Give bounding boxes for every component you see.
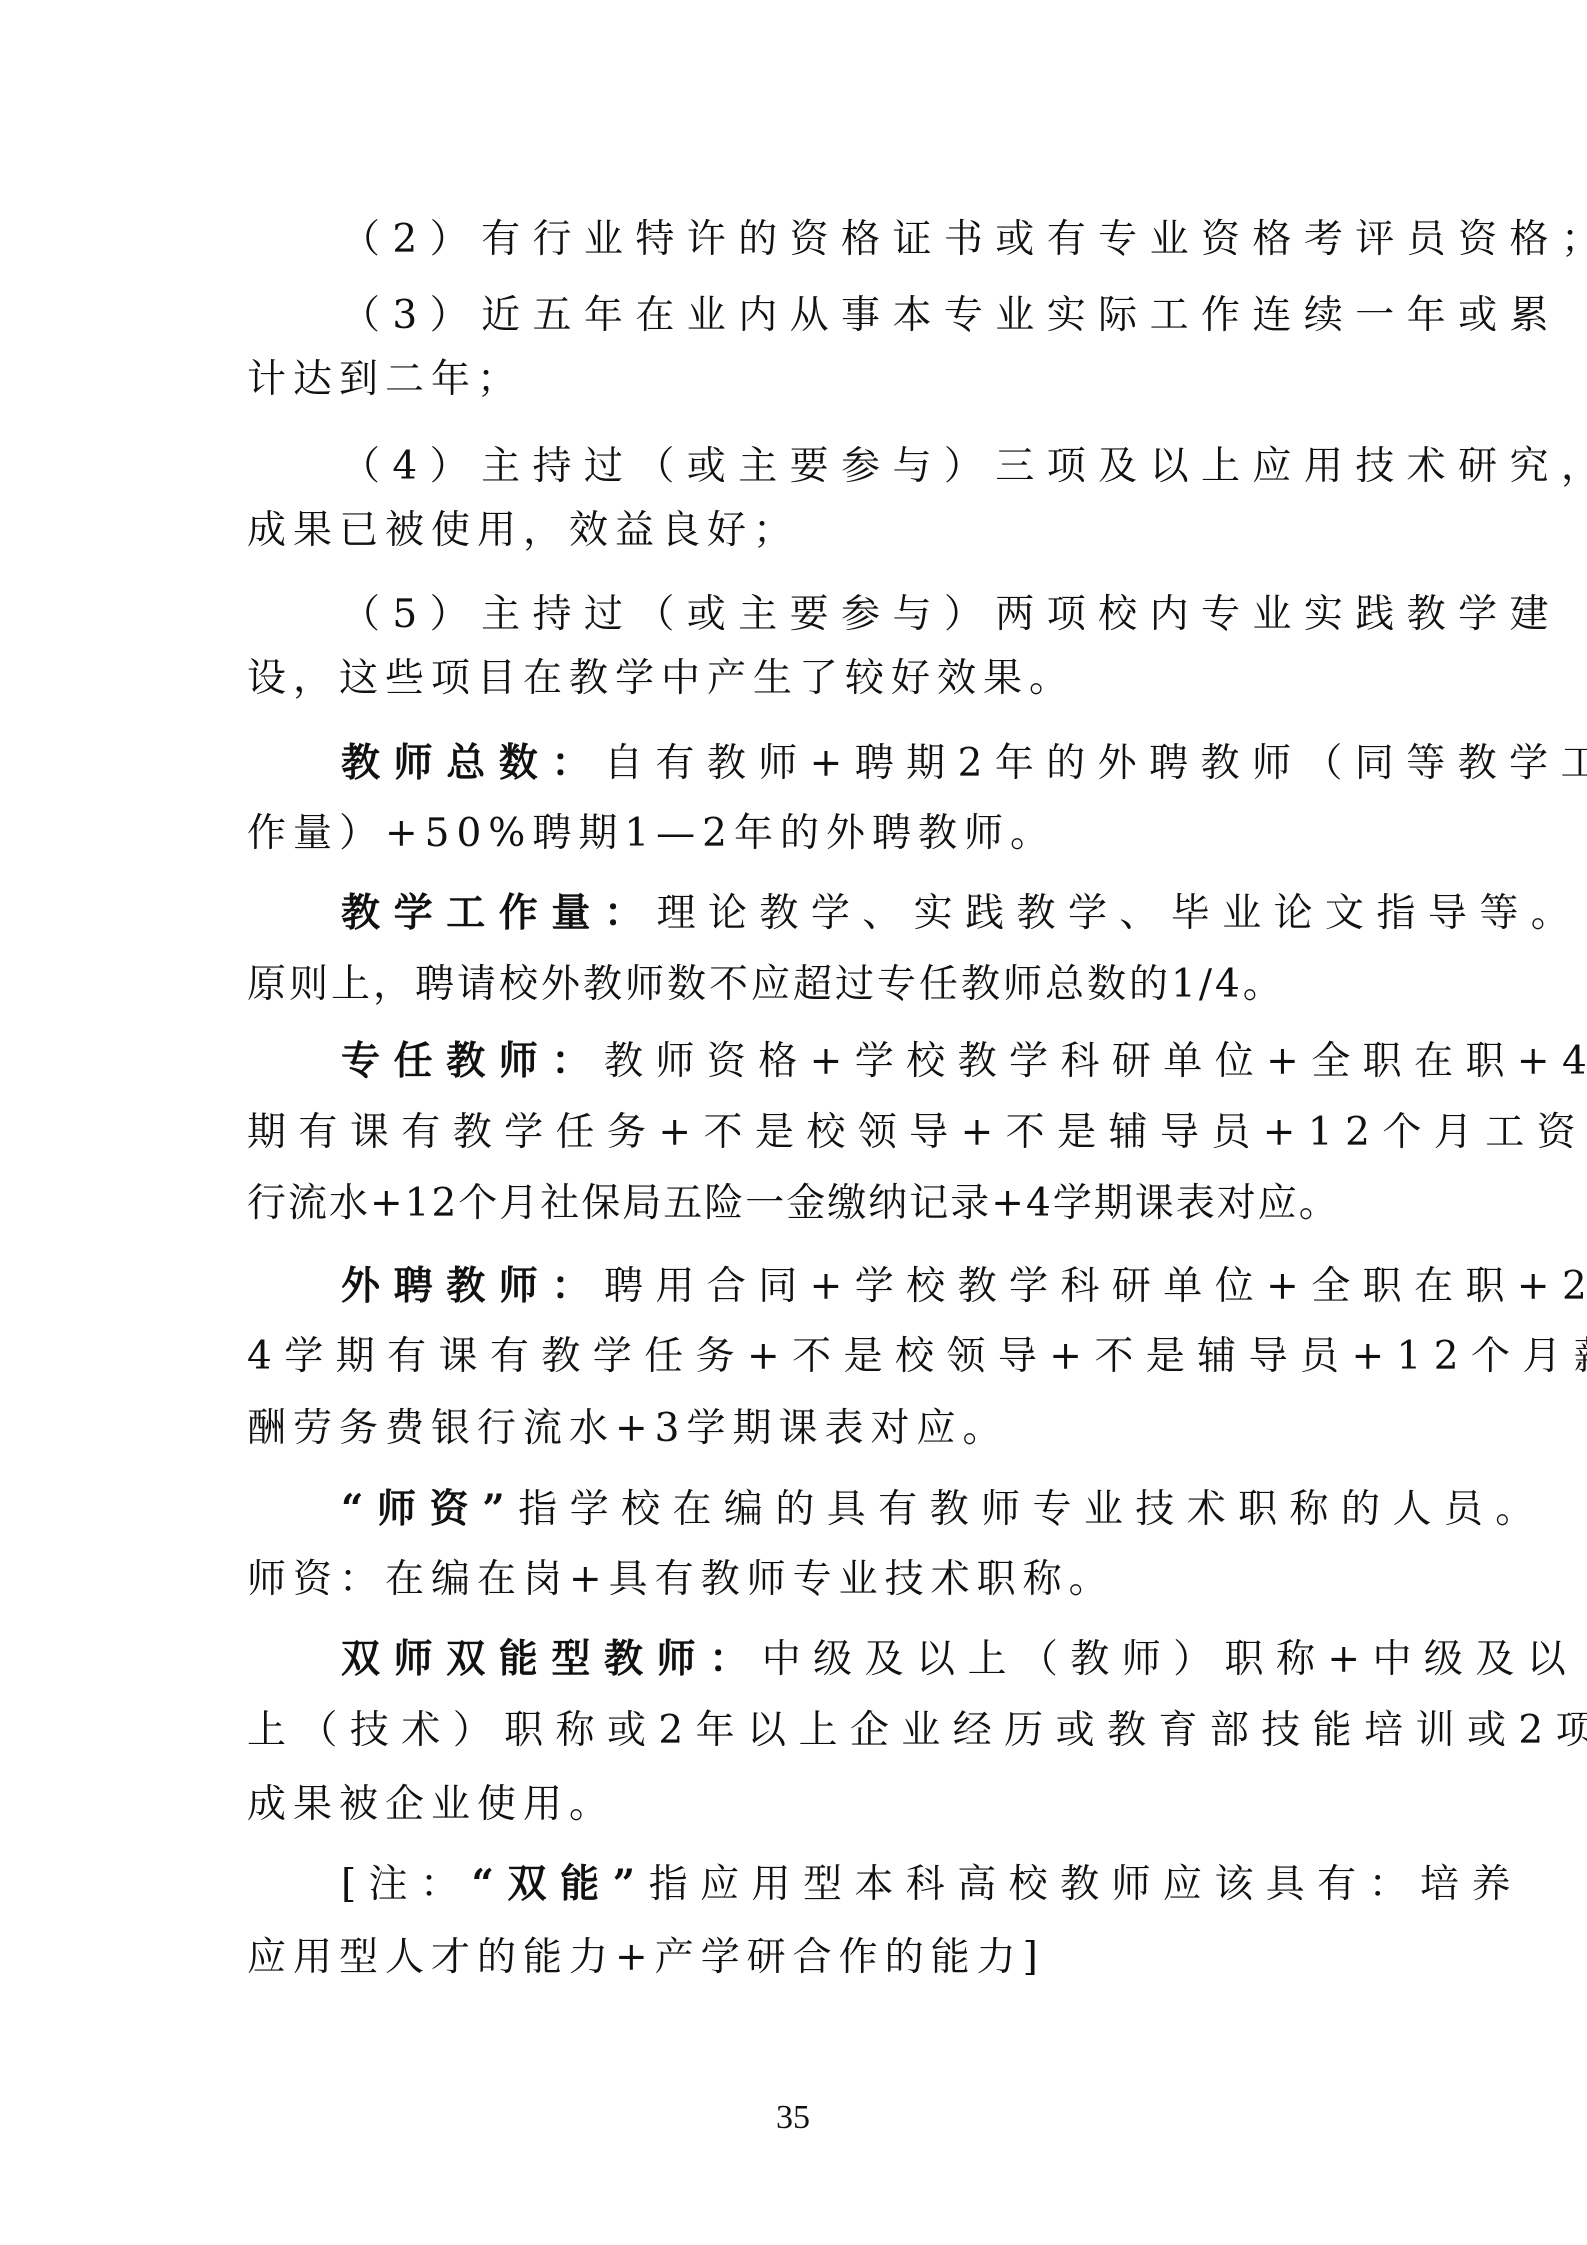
glyph: 或	[687, 592, 726, 637]
glyph: 连	[1252, 293, 1291, 338]
glyph: 用	[752, 1862, 791, 1907]
glyph: 术	[401, 1708, 440, 1753]
glyph: 年	[1407, 293, 1446, 338]
fulltime-teachers-text: 教 师 资 格 + 学 校 教 学 科 研 单 位 + 全 职 在 职 + 4 …	[604, 1039, 1587, 1084]
glyph: 期	[247, 1110, 286, 1155]
glyph: 领	[946, 1334, 985, 1379]
glyph: 能	[560, 1861, 599, 1907]
glyph: （	[341, 444, 380, 489]
glyph: 外	[341, 1263, 380, 1309]
glyph: 专	[944, 293, 983, 338]
glyph: 工	[1560, 741, 1587, 786]
faculty-definition-line-1: “ 师 资 ” 指 学 校 在 编 的 具 有 教 师 专 业 技 术 职 称 …	[341, 1481, 1338, 1537]
external-teachers-line-1: 外 聘 教 师 ： 聘 用 合 同 + 学 校 教 学 科 研 单 位 + 全 …	[341, 1258, 1338, 1314]
glyph: 研	[1458, 444, 1497, 489]
glyph: 的	[738, 217, 777, 262]
glyph: 不	[792, 1334, 831, 1379]
glyph: 称	[1276, 1637, 1315, 1682]
glyph: 主	[481, 444, 520, 489]
item-2-line-1: （ 2 ） 有 行 业 特 许 的 资 格 证 书 或 有 专 业 资 格 考 …	[341, 212, 1338, 268]
dual-qualified-text: 中 级 及 以 上 （ 教 师 ） 职 称 + 中 级 及 以	[762, 1637, 1566, 1682]
glyph: 专	[1032, 1487, 1071, 1532]
glyph: 校	[1009, 1862, 1048, 1907]
glyph: 工	[446, 890, 485, 936]
glyph: ）	[430, 592, 469, 637]
glyph: 3	[392, 293, 417, 338]
glyph: 4	[247, 1334, 272, 1379]
glyph: 职	[1363, 1264, 1402, 1309]
glyph: 资	[1537, 1110, 1576, 1155]
glyph: 主	[738, 444, 777, 489]
glyph: 导	[909, 1110, 948, 1155]
glyph: 薪	[1574, 1334, 1587, 1379]
glyph: 一	[1355, 293, 1394, 338]
glyph: 论	[708, 891, 747, 936]
glyph: 或	[607, 1708, 646, 1753]
dual-qualified-text-cont-1: 上 （ 技 术 ） 职 称 或 2 年 以 上 企 业 经 历 或 教 育 部 …	[247, 1708, 1587, 1753]
glyph: 聘	[394, 1263, 433, 1309]
glyph: 聘	[855, 741, 894, 786]
glyph: 员	[1444, 1487, 1483, 1532]
glyph: 期	[336, 1334, 375, 1379]
glyph: 职	[1225, 1637, 1264, 1682]
glyph: +	[1327, 1637, 1360, 1682]
glyph: 教	[1060, 1862, 1099, 1907]
glyph: 养	[1471, 1862, 1510, 1907]
glyph: 或	[1467, 1708, 1506, 1753]
glyph: 。	[1531, 891, 1570, 936]
glyph: 特	[635, 217, 674, 262]
glyph: 的	[1046, 741, 1085, 786]
glyph: 资	[430, 1486, 469, 1532]
glyph: 1	[1308, 1110, 1333, 1155]
teaching-workload-heading: 教 学 工 作 量 ：	[341, 890, 657, 936]
glyph: 应	[1163, 1862, 1202, 1907]
glyph: 指	[649, 1862, 688, 1907]
glyph: 全	[1311, 1039, 1350, 1084]
glyph: 型	[551, 1636, 590, 1682]
glyph: 师	[394, 1636, 433, 1682]
glyph: ；	[1561, 217, 1587, 262]
glyph: 是	[755, 1110, 794, 1155]
total-teachers-heading: 教 师 总 数 ：	[341, 740, 604, 786]
item-3-line-1: （ 3 ） 近 五 年 在 业 内 从 事 本 专 业 实 际 工 作 连 续 …	[341, 288, 1338, 344]
glyph: 主	[481, 592, 520, 637]
external-teachers-heading: 外 聘 教 师 ：	[341, 1263, 604, 1309]
glyph: 教	[341, 740, 380, 786]
glyph: +	[1266, 1264, 1299, 1309]
glyph: 教	[604, 1636, 643, 1682]
glyph: ：	[551, 1263, 590, 1309]
glyph: 导	[1160, 1110, 1199, 1155]
glyph: 文	[1325, 891, 1364, 936]
glyph: 本	[854, 1862, 893, 1907]
glyph: 建	[1510, 592, 1549, 637]
glyph: +	[1517, 1264, 1550, 1309]
glyph: 教	[1107, 1708, 1146, 1753]
glyph: 不	[1006, 1110, 1045, 1155]
glyph: 全	[1311, 1264, 1350, 1309]
glyph: 训	[1416, 1708, 1455, 1753]
glyph: 经	[953, 1708, 992, 1753]
glyph: 级	[813, 1637, 852, 1682]
glyph: 月	[1434, 1110, 1473, 1155]
glyph: 外	[1098, 741, 1137, 786]
glyph: 培	[1420, 1862, 1459, 1907]
glyph: 资	[1458, 217, 1497, 262]
glyph: 课	[439, 1334, 478, 1379]
glyph: 职	[1465, 1039, 1504, 1084]
page-number: 35	[743, 2096, 843, 2140]
glyph: 师	[657, 1636, 696, 1682]
glyph: 事	[841, 293, 880, 338]
glyph: 专	[1201, 592, 1240, 637]
dual-qualified-line-1: 双 师 双 能 型 教 师 ： 中 级 及 以 上 （ 教 师 ） 职 称 + …	[341, 1631, 1338, 1687]
glyph: 能	[1313, 1708, 1352, 1753]
item-4-line-2: 成果已被使用，效益良好；	[247, 503, 1338, 559]
glyph: 师	[758, 741, 797, 786]
note-term: “ 双 能 ”	[471, 1861, 648, 1907]
glyph: 教	[958, 1039, 997, 1084]
glyph: “	[471, 1861, 493, 1907]
glyph: ：	[709, 1636, 748, 1682]
dual-qualified-heading: 双 师 双 能 型 教 师 ：	[341, 1636, 762, 1682]
glyph: 上	[798, 1708, 837, 1753]
glyph: +	[810, 741, 843, 786]
glyph: 员	[1211, 1110, 1250, 1155]
glyph: 5	[392, 592, 417, 637]
glyph: 任	[644, 1334, 683, 1379]
teaching-workload-line-1: 教 学 工 作 量 ： 理 论 教 学 、 实 践 教 学 、 毕 业 论 文 …	[341, 885, 1338, 941]
glyph: 业	[901, 1708, 940, 1753]
glyph: 教	[446, 1263, 485, 1309]
glyph: 以	[1150, 444, 1189, 489]
glyph: 指	[518, 1487, 557, 1532]
glyph: 的	[775, 1487, 814, 1532]
glyph: 持	[533, 444, 572, 489]
glyph: 学	[1009, 1039, 1048, 1084]
glyph: ：	[420, 1862, 459, 1907]
glyph: 作	[1201, 293, 1240, 338]
glyph: 实	[1047, 293, 1086, 338]
glyph: 部	[1210, 1708, 1249, 1753]
glyph: 指	[1376, 891, 1415, 936]
glyph: “	[341, 1486, 363, 1532]
glyph: 师	[499, 1263, 538, 1309]
glyph: 评	[1355, 217, 1394, 262]
glyph: 等	[1406, 741, 1445, 786]
glyph: 技	[350, 1708, 389, 1753]
glyph: ）	[430, 217, 469, 262]
external-teachers-text: 聘 用 合 同 + 学 校 教 学 科 研 单 位 + 全 职 在 职 + 2 …	[604, 1264, 1587, 1309]
glyph: 学	[1009, 1264, 1048, 1309]
faculty-definition-text: 指 学 校 在 编 的 具 有 教 师 专 业 技 术 职 称 的 人 员 。	[518, 1487, 1534, 1532]
glyph: 辅	[1197, 1334, 1236, 1379]
glyph: 职	[1465, 1264, 1504, 1309]
glyph: 聘	[1149, 741, 1188, 786]
glyph: 育	[1158, 1708, 1197, 1753]
glyph: 上	[967, 1637, 1006, 1682]
glyph: 领	[858, 1110, 897, 1155]
glyph: 学	[504, 1110, 543, 1155]
glyph: 师	[394, 740, 433, 786]
glyph: 技	[1355, 444, 1394, 489]
glyph: 年	[584, 293, 623, 338]
glyph: ）	[453, 1708, 492, 1753]
glyph: 业	[1222, 891, 1261, 936]
glyph: 中	[1372, 1637, 1411, 1682]
glyph: 术	[1187, 1487, 1226, 1532]
glyph: （	[298, 1708, 337, 1753]
glyph: 2	[392, 217, 417, 262]
glyph: 格	[841, 217, 880, 262]
total-teachers-line-1: 教 师 总 数 ： 自 有 教 师 + 聘 期 2 年 的 外 聘 教 师 （ …	[341, 735, 1338, 791]
glyph: 项	[1556, 1708, 1587, 1753]
item-4-text: （ 4 ） 主 持 过 （ 或 主 要 参 与 ） 三 项 及 以 上 应 用 …	[341, 444, 1587, 489]
glyph: 参	[841, 592, 880, 637]
glyph: 工	[1150, 293, 1189, 338]
glyph: （	[341, 293, 380, 338]
glyph: 教	[759, 891, 798, 936]
glyph: 中	[762, 1637, 801, 1682]
glyph: 师	[499, 1038, 538, 1084]
glyph: 导	[998, 1334, 1037, 1379]
faculty-definition-text-cont: 师资：在编在岗+具有教师专业技术职称。	[247, 1557, 1115, 1602]
glyph: 研	[1112, 1264, 1151, 1309]
glyph: 续	[1304, 293, 1343, 338]
glyph: 两	[995, 592, 1034, 637]
glyph: +	[1263, 1110, 1296, 1155]
glyph: 校	[621, 1487, 660, 1532]
glyph: 践	[1355, 592, 1394, 637]
glyph: 应	[1252, 444, 1291, 489]
glyph: 师	[1111, 1862, 1150, 1907]
glyph: 教	[1201, 741, 1240, 786]
teaching-workload-line-2: 原则上，聘请校外教师数不应超过专任教师总数的1/4。	[247, 957, 1338, 1013]
note-line-2: 应用型人才的能力+产学研合作的能力]	[247, 1930, 1338, 1986]
glyph: 教	[1407, 592, 1446, 637]
glyph: 数	[499, 740, 538, 786]
glyph: 格	[1252, 217, 1291, 262]
glyph: 术	[1407, 444, 1446, 489]
glyph: ）	[944, 592, 983, 637]
glyph: 同	[1355, 741, 1394, 786]
glyph: 自	[604, 741, 643, 786]
glyph: 践	[965, 891, 1004, 936]
glyph: 型	[803, 1862, 842, 1907]
external-teachers-line-3: 酬劳务费银行流水+3学期课表对应。	[247, 1401, 1338, 1457]
glyph: 任	[556, 1110, 595, 1155]
glyph: 校	[895, 1334, 934, 1379]
glyph: 年	[995, 741, 1034, 786]
glyph: （	[1019, 1637, 1058, 1682]
glyph: 、	[1119, 891, 1158, 936]
glyph: 格	[1510, 217, 1549, 262]
glyph: 能	[499, 1636, 538, 1682]
glyph: 以	[747, 1708, 786, 1753]
glyph: 有	[387, 1334, 426, 1379]
glyph: 学	[394, 890, 433, 936]
glyph: 学	[855, 1039, 894, 1084]
glyph: 个	[1471, 1334, 1510, 1379]
item-5-line-2: 设，这些项目在教学中产生了较好效果。	[247, 651, 1338, 707]
glyph: 格	[758, 1039, 797, 1084]
glyph: （	[635, 592, 674, 637]
glyph: 教	[446, 1038, 485, 1084]
glyph: +	[1517, 1039, 1550, 1084]
glyph: 4	[392, 444, 417, 489]
glyph: 教	[541, 1334, 580, 1379]
glyph: 师	[1252, 741, 1291, 786]
glyph: 在	[672, 1487, 711, 1532]
glyph: 五	[533, 293, 572, 338]
dual-qualified-text-cont-2: 成果被企业使用。	[247, 1782, 615, 1827]
glyph: 单	[1163, 1264, 1202, 1309]
glyph: （	[341, 217, 380, 262]
glyph: （	[635, 444, 674, 489]
glyph: 任	[394, 1038, 433, 1084]
glyph: 科	[906, 1862, 945, 1907]
total-teachers-line-2: 作量）+50%聘期1—2年的外聘教师。	[247, 806, 1338, 862]
glyph: 校	[906, 1039, 945, 1084]
glyph: 合	[707, 1264, 746, 1309]
glyph: 业	[1084, 1487, 1123, 1532]
glyph: 校	[806, 1110, 845, 1155]
glyph: 有	[298, 1110, 337, 1155]
glyph: 导	[1249, 1334, 1288, 1379]
fulltime-teachers-heading: 专 任 教 师 ：	[341, 1038, 604, 1084]
glyph: 导	[1428, 891, 1467, 936]
glyph: 许	[687, 217, 726, 262]
glyph: 教	[1070, 1637, 1109, 1682]
item-4-line-1: （ 4 ） 主 持 过 （ 或 主 要 参 与 ） 三 项 及 以 上 应 用 …	[341, 439, 1338, 495]
glyph: 在	[635, 293, 674, 338]
glyph: 有	[401, 1110, 440, 1155]
glyph: 2	[1562, 1264, 1587, 1309]
glyph: 等	[1479, 891, 1518, 936]
glyph: 项	[1047, 592, 1086, 637]
glyph: 或	[687, 444, 726, 489]
glyph: 月	[1522, 1334, 1561, 1379]
glyph: 用	[1304, 444, 1343, 489]
glyph: +	[658, 1110, 691, 1155]
glyph: 的	[1341, 1487, 1380, 1532]
glyph: 、	[862, 891, 901, 936]
glyph: 总	[446, 740, 485, 786]
glyph: 2	[1345, 1110, 1370, 1155]
glyph: 三	[995, 444, 1034, 489]
glyph: 科	[1060, 1264, 1099, 1309]
glyph: ：	[1369, 1862, 1408, 1907]
glyph: 内	[738, 293, 777, 338]
glyph: 具	[827, 1487, 866, 1532]
glyph: 同	[758, 1264, 797, 1309]
glyph: +	[961, 1110, 994, 1155]
glyph: 学	[284, 1334, 323, 1379]
glyph: 师	[655, 1039, 694, 1084]
glyph: 师	[377, 1486, 416, 1532]
glyph: 有	[1317, 1862, 1356, 1907]
glyph: 教	[341, 890, 380, 936]
glyph: +	[1266, 1039, 1299, 1084]
glyph: 企	[850, 1708, 889, 1753]
glyph: 不	[703, 1110, 742, 1155]
glyph: 考	[1304, 217, 1343, 262]
glyph: 学	[1068, 891, 1107, 936]
glyph: 究	[1510, 444, 1549, 489]
glyph: 1	[1397, 1334, 1422, 1379]
fulltime-teachers-line-3: 行流水+12个月社保局五险一金缴纳记录+4学期课表对应。	[247, 1176, 1338, 1232]
glyph: 务	[607, 1110, 646, 1155]
glyph: 位	[1215, 1264, 1254, 1309]
glyph: 理	[657, 891, 696, 936]
glyph: 科	[1060, 1039, 1099, 1084]
glyph: 主	[738, 592, 777, 637]
glyph: ）	[430, 293, 469, 338]
glyph: 双	[446, 1636, 485, 1682]
glyph: 以	[1527, 1637, 1566, 1682]
total-teachers-text: 自 有 教 师 + 聘 期 2 年 的 外 聘 教 师 （ 同 等 教 学 工	[604, 741, 1587, 786]
glyph: 近	[481, 293, 520, 338]
glyph: 及	[1098, 444, 1137, 489]
glyph: （	[341, 592, 380, 637]
glyph: 专	[341, 1038, 380, 1084]
glyph: 不	[1094, 1334, 1133, 1379]
glyph: 资	[1201, 217, 1240, 262]
glyph: 学	[855, 1264, 894, 1309]
glyph: 级	[1424, 1637, 1463, 1682]
item-4-text-cont: 成果已被使用，效益良好；	[247, 508, 799, 553]
glyph: 是	[1146, 1334, 1185, 1379]
glyph: 双	[507, 1861, 546, 1907]
glyph: 实	[914, 891, 953, 936]
glyph: 以	[916, 1637, 955, 1682]
glyph: 技	[1261, 1708, 1300, 1753]
glyph: 过	[584, 592, 623, 637]
glyph: 资	[707, 1039, 746, 1084]
glyph: 及	[865, 1637, 904, 1682]
glyph: 从	[790, 293, 829, 338]
glyph: （	[1303, 741, 1342, 786]
glyph: 业	[1252, 592, 1291, 637]
glyph: 教	[1017, 891, 1056, 936]
dual-qualified-line-3: 成果被企业使用。	[247, 1777, 1338, 1833]
note-text: 指 应 用 型 本 科 高 校 教 师 应 该 具 有 ： 培 养	[649, 1862, 1511, 1907]
glyph: ：	[604, 890, 643, 936]
glyph: 课	[350, 1110, 389, 1155]
glyph: 聘	[604, 1264, 643, 1309]
fulltime-teachers-line-1: 专 任 教 师 ： 教 师 资 格 + 学 校 教 学 科 研 单 位 + 全 …	[341, 1033, 1338, 1089]
glyph: 业	[584, 217, 623, 262]
teaching-workload-text-cont: 原则上，聘请校外教师数不应超过专任教师总数的1/4。	[247, 962, 1285, 1007]
glyph: 研	[1112, 1039, 1151, 1084]
fulltime-teachers-text-cont-2: 行流水+12个月社保局五险一金缴纳记录+4学期课表对应。	[247, 1181, 1340, 1226]
glyph: 教	[958, 1264, 997, 1309]
glyph: 2	[1518, 1708, 1543, 1753]
glyph: 学	[811, 891, 850, 936]
glyph: 2	[1434, 1334, 1459, 1379]
glyph: 职	[1363, 1039, 1402, 1084]
external-teachers-text-cont-1: 4 学 期 有 课 有 教 学 任 务 + 不 是 校 领 导 + 不 是 辅 …	[247, 1334, 1587, 1379]
glyph: 是	[1057, 1110, 1096, 1155]
glyph: 编	[724, 1487, 763, 1532]
glyph: 参	[841, 444, 880, 489]
glyph: 具	[1266, 1862, 1305, 1907]
glyph: 校	[906, 1264, 945, 1309]
glyph: 教	[930, 1487, 969, 1532]
glyph: 书	[944, 217, 983, 262]
glyph: 实	[1304, 592, 1343, 637]
